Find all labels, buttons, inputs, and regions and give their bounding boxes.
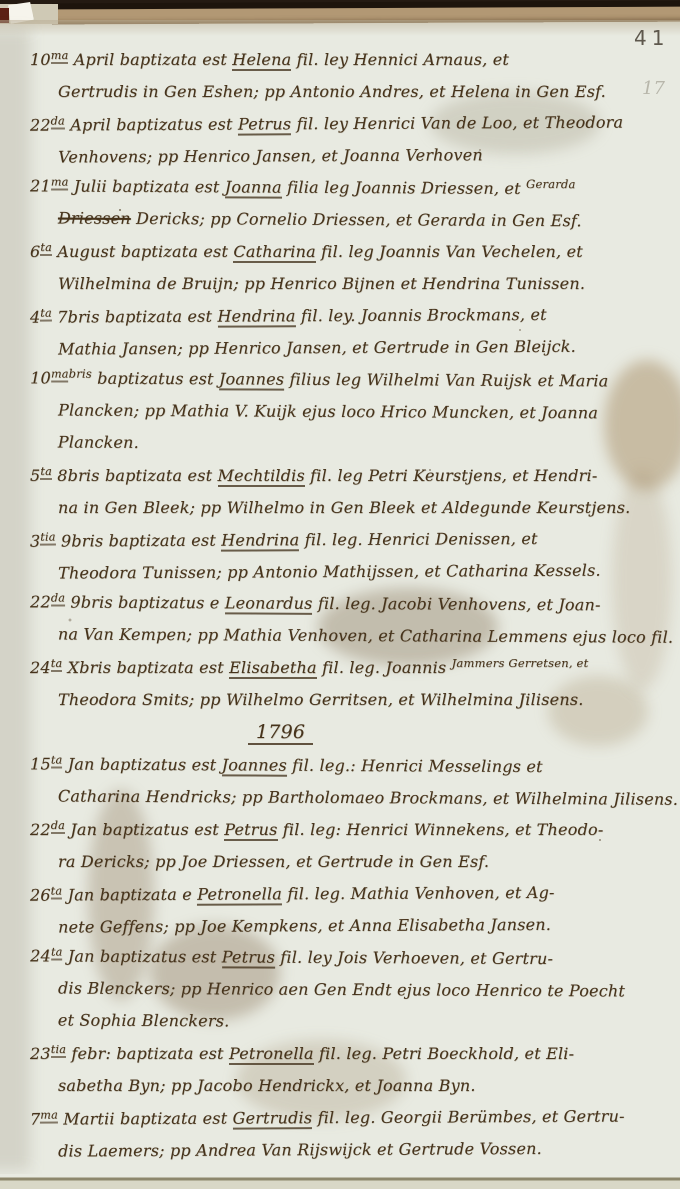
text-segment: ta — [51, 885, 63, 900]
text-segment: sabetha Byn; pp Jacobo Hendrickx, et Joa… — [58, 1076, 476, 1095]
register-entry: 7ma Martii baptizata est Gertrudis fil. … — [30, 1100, 662, 1167]
text-segment: bris — [69, 366, 92, 380]
register-entry: 24ta Xbris baptizata est Elisabetha fil.… — [30, 652, 662, 716]
entry-line-first: 22da 9bris baptizatus e Leonardus fil. l… — [30, 586, 662, 621]
entry-line-first: 21ma Julii baptizata est Joanna filia le… — [30, 170, 662, 205]
text-segment: Jan baptizatus est — [65, 820, 224, 839]
entry-line-first: 26ta Jan baptizata e Petronella fil. leg… — [30, 876, 662, 911]
text-segment: 21 — [30, 176, 51, 195]
entry-line-continuation: Theodora Tunissen; pp Antonio Mathijssen… — [58, 554, 662, 589]
text-segment: ma — [51, 368, 69, 383]
text-segment: ma — [51, 176, 69, 191]
text-segment: 24 — [30, 658, 51, 677]
entry-line-continuation: Driessen Dericks; pp Cornelio Driessen, … — [58, 202, 662, 237]
text-segment: Joannes — [222, 755, 287, 776]
entry-line-first: 10ma April baptizata est Helena fil. ley… — [30, 44, 662, 76]
entry-line-first: 3tia 9bris baptizata est Hendrina fil. l… — [30, 522, 662, 557]
entry-line-continuation: na Van Kempen; pp Mathia Venhoven, et Ca… — [58, 618, 662, 653]
entry-line-first: 22da Jan baptizatus est Petrus fil. leg:… — [30, 814, 662, 846]
text-segment: filius leg Wilhelmi Van Ruijsk et Maria — [284, 370, 608, 391]
text-segment: Wilhelmina de Bruijn; pp Henrico Bijnen … — [58, 274, 585, 293]
text-segment: fil. ley Henrici Van de Loo, et Theodora — [291, 113, 623, 134]
text-segment: fil. leg: Henrici Winnekens, et Theodo- — [278, 820, 604, 839]
text-segment: Venhovens; pp Henrico Jansen, et Joanna … — [58, 145, 483, 166]
register-entry: 21ma Julii baptizata est Joanna filia le… — [30, 170, 662, 237]
text-segment: fil. leg. Mathia Venhoven, et Ag- — [282, 883, 555, 903]
text-segment: fil. leg.: Henrici Messelings et — [287, 756, 543, 776]
text-segment: febr: baptizata est — [66, 1044, 229, 1063]
entry-line-continuation: Catharina Hendricks; pp Bartholomaeo Bro… — [58, 780, 662, 815]
entry-line-first: 7ma Martii baptizata est Gertrudis fil. … — [30, 1100, 662, 1135]
text-segment: 7 — [30, 1110, 40, 1129]
entry-line-first: 10mabris baptizatus est Joannes filius l… — [30, 362, 662, 397]
entry-line-continuation: nete Geffens; pp Joe Kempkens, et Anna E… — [58, 908, 662, 943]
text-segment: Julii baptizata est — [68, 177, 224, 197]
register-entry: 6ta August baptizata est Catharina fil. … — [30, 236, 662, 300]
year-heading-text: 1796 — [248, 721, 313, 745]
text-segment: fil. leg Petri Keurstjens, et Hendri- — [305, 466, 598, 485]
text-segment: Driessen — [58, 208, 131, 227]
text-segment: Petrus — [222, 947, 275, 968]
entry-line-continuation: Mathia Jansen; pp Henrico Jansen, et Ger… — [58, 330, 662, 365]
text-segment: 22 — [30, 592, 51, 611]
entry-line-continuation: Theodora Smits; pp Wilhelmo Gerritsen, e… — [58, 684, 662, 716]
entry-line-continuation: dis Laemers; pp Andrea Van Rijswijck et … — [58, 1132, 662, 1167]
stain — [0, 30, 30, 1170]
text-segment: Petrus — [238, 114, 291, 135]
register-entry: 24ta Jan baptizatus est Petrus fil. ley … — [30, 940, 662, 1039]
text-segment: na in Gen Bleek; pp Wilhelmo in Gen Blee… — [58, 498, 630, 517]
text-segment: 22 — [30, 116, 51, 135]
text-segment: Jammers Gerretsen, et — [452, 656, 589, 670]
text-segment: Catharina Hendricks; pp Bartholomaeo Bro… — [58, 786, 678, 808]
text-segment: Theodora Smits; pp Wilhelmo Gerritsen, e… — [58, 690, 584, 709]
text-segment: Martii baptizata est — [58, 1109, 233, 1129]
text-segment: Gerarda — [526, 177, 576, 191]
text-segment: filia leg Joannis Driessen, et — [282, 178, 526, 198]
register-entry: 22da Jan baptizatus est Petrus fil. leg:… — [30, 814, 662, 878]
register-entry: 4ta 7bris baptizata est Hendrina fil. le… — [30, 298, 662, 365]
text-segment: 5 — [30, 466, 40, 485]
text-segment: ta — [40, 241, 52, 256]
text-segment: 6 — [30, 242, 40, 261]
entry-line-first: 15ta Jan baptizatus est Joannes fil. leg… — [30, 748, 662, 783]
register-entry: 5ta 8bris baptizata est Mechtildis fil. … — [30, 460, 662, 524]
text-segment: Petronella — [197, 884, 282, 905]
text-segment: ta — [40, 307, 52, 322]
text-segment: fil. leg Joannis Van Vechelen, et — [316, 242, 583, 261]
text-segment: nete Geffens; pp Joe Kempkens, et Anna E… — [58, 915, 551, 937]
text-segment: fil. leg. Henrici Denissen, et — [299, 529, 537, 549]
text-segment: 22 — [30, 820, 51, 839]
text-segment: fil. leg. Joannis — [317, 658, 452, 677]
text-segment: Jan baptizata e — [62, 885, 197, 905]
register-entry: 26ta Jan baptizata e Petronella fil. leg… — [30, 876, 662, 943]
entry-line-continuation: Plancken. — [58, 426, 662, 461]
text-segment: baptizatus est — [92, 369, 219, 389]
register-entry: 22da 9bris baptizatus e Leonardus fil. l… — [30, 586, 662, 653]
entry-line-continuation: na in Gen Bleek; pp Wilhelmo in Gen Blee… — [58, 492, 662, 524]
text-segment: fil. ley Jois Verhoeven, et Gertru- — [275, 948, 553, 968]
text-segment: fil. ley. Joannis Brockmans, et — [296, 305, 547, 325]
text-segment: Mathia Jansen; pp Henrico Jansen, et Ger… — [58, 337, 576, 359]
text-segment: 7bris baptizata est — [52, 307, 218, 327]
register-entry: 10ma April baptizata est Helena fil. ley… — [30, 44, 662, 108]
text-segment: 9bris baptizatus e — [65, 593, 225, 613]
register-entry: 10mabris baptizatus est Joannes filius l… — [30, 362, 662, 461]
text-segment: 15 — [30, 754, 51, 773]
text-segment: fil. leg. Jacobi Venhovens, et Joan- — [313, 594, 601, 615]
text-segment: ta — [51, 946, 63, 961]
text-segment: 9bris baptizata est — [56, 531, 222, 551]
text-segment: Xbris baptizata est — [62, 658, 229, 677]
text-segment: Hendrina — [217, 306, 295, 327]
text-segment: da — [51, 115, 65, 130]
text-segment: August baptizata est — [52, 242, 233, 261]
text-segment: ta — [51, 657, 63, 672]
entry-line-first: 24ta Jan baptizatus est Petrus fil. ley … — [30, 940, 662, 975]
text-segment: ta — [51, 754, 63, 769]
text-segment: fil. leg. Georgii Berümbes, et Gertru- — [312, 1107, 625, 1128]
text-segment: 26 — [30, 886, 51, 905]
text-segment: Petronella — [229, 1044, 314, 1065]
entry-line-first: 23tia febr: baptizata est Petronella fil… — [30, 1038, 662, 1070]
text-segment: Gertrudis — [233, 1108, 313, 1129]
entry-line-continuation: Gertrudis in Gen Eshen; pp Antonio Andre… — [58, 76, 662, 108]
text-segment: 24 — [30, 946, 51, 965]
text-segment: ta — [40, 465, 52, 480]
text-segment: Catharina — [233, 242, 315, 263]
manuscript-scan: 41 17 10ma April baptizata est Helena fi… — [0, 0, 680, 1189]
entry-line-first: 24ta Xbris baptizata est Elisabetha fil.… — [30, 652, 662, 684]
register-entries: 10ma April baptizata est Helena fil. ley… — [30, 44, 662, 1166]
text-segment: 23 — [30, 1044, 51, 1063]
entry-line-continuation: ra Dericks; pp Joe Driessen, et Gertrude… — [58, 846, 662, 878]
text-segment: dis Blenckers; pp Henrico aen Gen Endt e… — [58, 978, 625, 1000]
text-segment: Mechtildis — [218, 466, 305, 487]
entry-line-continuation: sabetha Byn; pp Jacobo Hendrickx, et Joa… — [58, 1070, 662, 1102]
text-segment: ma — [40, 1109, 58, 1124]
text-segment: ra Dericks; pp Joe Driessen, et Gertrude… — [58, 852, 489, 871]
register-entry: 15ta Jan baptizatus est Joannes fil. leg… — [30, 748, 662, 815]
text-segment: Jan baptizatus est — [62, 755, 221, 775]
text-segment: da — [51, 592, 65, 607]
text-segment: fil. leg. Petri Boeckhold, et Eli- — [314, 1044, 575, 1063]
text-segment: April baptizatus est — [65, 115, 238, 135]
text-segment: tia — [40, 531, 55, 546]
text-segment: Joanna — [225, 177, 282, 198]
text-segment: Plancken. — [58, 432, 139, 451]
text-segment: da — [51, 819, 65, 834]
text-segment: ma — [51, 49, 69, 64]
text-segment: 4 — [30, 308, 40, 327]
entry-line-continuation: dis Blenckers; pp Henrico aen Gen Endt e… — [58, 972, 662, 1007]
entry-line-continuation: Venhovens; pp Henrico Jansen, et Joanna … — [58, 138, 662, 173]
text-segment: Joannes — [219, 369, 284, 390]
entry-line-continuation: Wilhelmina de Bruijn; pp Henrico Bijnen … — [58, 268, 662, 300]
text-segment: 10 — [30, 50, 51, 69]
entry-line-first: 6ta August baptizata est Catharina fil. … — [30, 236, 662, 268]
text-segment: dis Laemers; pp Andrea Van Rijswijck et … — [58, 1139, 542, 1161]
text-segment: 3 — [30, 532, 40, 551]
text-segment: Helena — [232, 50, 291, 71]
year-heading: 1796 — [248, 716, 662, 750]
text-segment: 8bris baptizata est — [52, 466, 218, 485]
text-segment: Petrus — [224, 820, 277, 841]
register-entry: 22da April baptizatus est Petrus fil. le… — [30, 106, 662, 173]
text-segment: fil. ley Hennici Arnaus, et — [291, 50, 509, 69]
entry-line-first: 5ta 8bris baptizata est Mechtildis fil. … — [30, 460, 662, 492]
text-segment: na Van Kempen; pp Mathia Venhoven, et Ca… — [58, 624, 673, 646]
register-entry: 23tia febr: baptizata est Petronella fil… — [30, 1038, 662, 1102]
entry-line-first: 22da April baptizatus est Petrus fil. le… — [30, 106, 662, 141]
page-edge-bottom — [0, 1174, 680, 1189]
entry-line-first: 4ta 7bris baptizata est Hendrina fil. le… — [30, 298, 662, 333]
text-segment: 10 — [30, 368, 51, 387]
text-segment: Jan baptizatus est — [62, 947, 221, 967]
text-segment: tia — [51, 1043, 66, 1058]
text-segment: et Sophia Blenckers. — [58, 1010, 230, 1030]
text-segment: Dericks; pp Cornelio Driessen, et Gerard… — [131, 209, 582, 230]
text-segment: Hendrina — [221, 530, 299, 551]
entry-line-continuation: et Sophia Blenckers. — [58, 1004, 662, 1039]
text-segment: Theodora Tunissen; pp Antonio Mathijssen… — [58, 561, 601, 583]
entry-line-continuation: Plancken; pp Mathia V. Kuijk ejus loco H… — [58, 394, 662, 429]
text-segment: Leonardus — [225, 593, 313, 614]
paper-top-shadow — [0, 20, 680, 36]
register-entry: 3tia 9bris baptizata est Hendrina fil. l… — [30, 522, 662, 589]
text-segment: April baptizata est — [68, 50, 232, 69]
text-segment: Gertrudis in Gen Eshen; pp Antonio Andre… — [58, 82, 606, 101]
text-segment: Plancken; pp Mathia V. Kuijk ejus loco H… — [58, 400, 598, 422]
text-segment: Elisabetha — [229, 658, 317, 679]
